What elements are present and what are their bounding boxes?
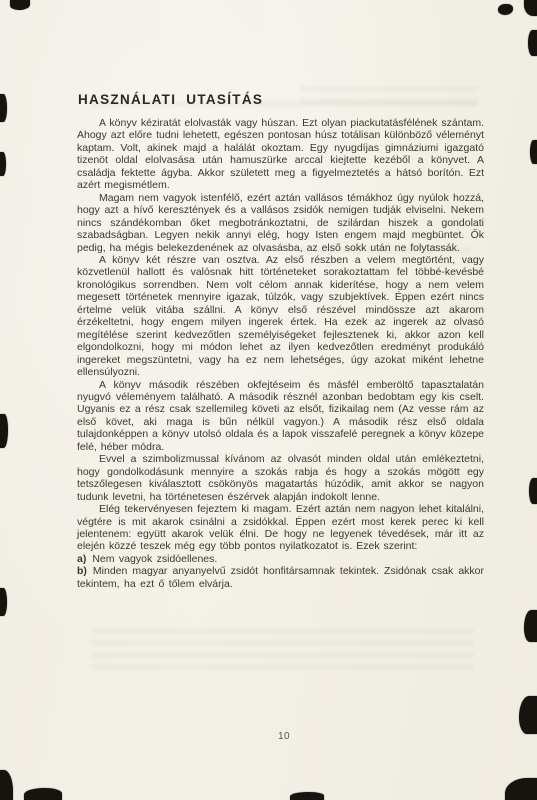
edge-mark	[530, 140, 537, 164]
edge-mark	[0, 588, 7, 616]
list-text: Minden magyar anyanyelvű zsidót honfitár…	[77, 565, 484, 589]
body-text: A könyv kéziratát elolvasták vagy húszan…	[77, 117, 484, 590]
list-text: Nem vagyok zsidóellenes.	[92, 553, 217, 565]
list-item: a)Nem vagyok zsidóellenes.	[77, 553, 484, 565]
paragraph: A könyv két részre van osztva. Az első r…	[77, 254, 484, 379]
edge-mark	[24, 788, 62, 800]
list-marker: b)	[77, 565, 93, 577]
edge-mark	[519, 696, 537, 734]
edge-mark	[498, 4, 513, 15]
edge-mark	[529, 478, 537, 504]
paragraph: Evvel a szimbolizmussal kívánom az olvas…	[77, 453, 484, 503]
edge-mark	[505, 778, 537, 800]
edge-mark	[524, 610, 537, 642]
edge-mark	[0, 414, 8, 448]
paragraph: Elég tekervényesen fejeztem ki magam. Ez…	[77, 503, 484, 553]
edge-mark	[290, 792, 324, 800]
edge-mark	[524, 0, 537, 16]
edge-mark	[528, 30, 537, 56]
paragraph: A könyv kéziratát elolvasták vagy húszan…	[77, 117, 484, 192]
list-marker: a)	[77, 553, 92, 565]
page-number: 10	[278, 731, 290, 742]
scanned-book-page: HASZNÁLATI UTASÍTÁS A könyv kéziratát el…	[0, 0, 537, 800]
edge-mark	[0, 152, 6, 176]
edge-mark	[0, 94, 7, 122]
edge-mark	[10, 0, 30, 10]
edge-mark	[0, 770, 13, 800]
paragraph: Magam nem vagyok istenfélő, ezért aztán …	[77, 192, 484, 254]
bleedthrough-smudge	[92, 628, 474, 672]
page-title: HASZNÁLATI UTASÍTÁS	[78, 92, 263, 107]
list-item: b)Minden magyar anyanyelvű zsidót honfit…	[77, 565, 484, 590]
paragraph: A könyv második részében okfejtéseim és …	[77, 379, 484, 454]
